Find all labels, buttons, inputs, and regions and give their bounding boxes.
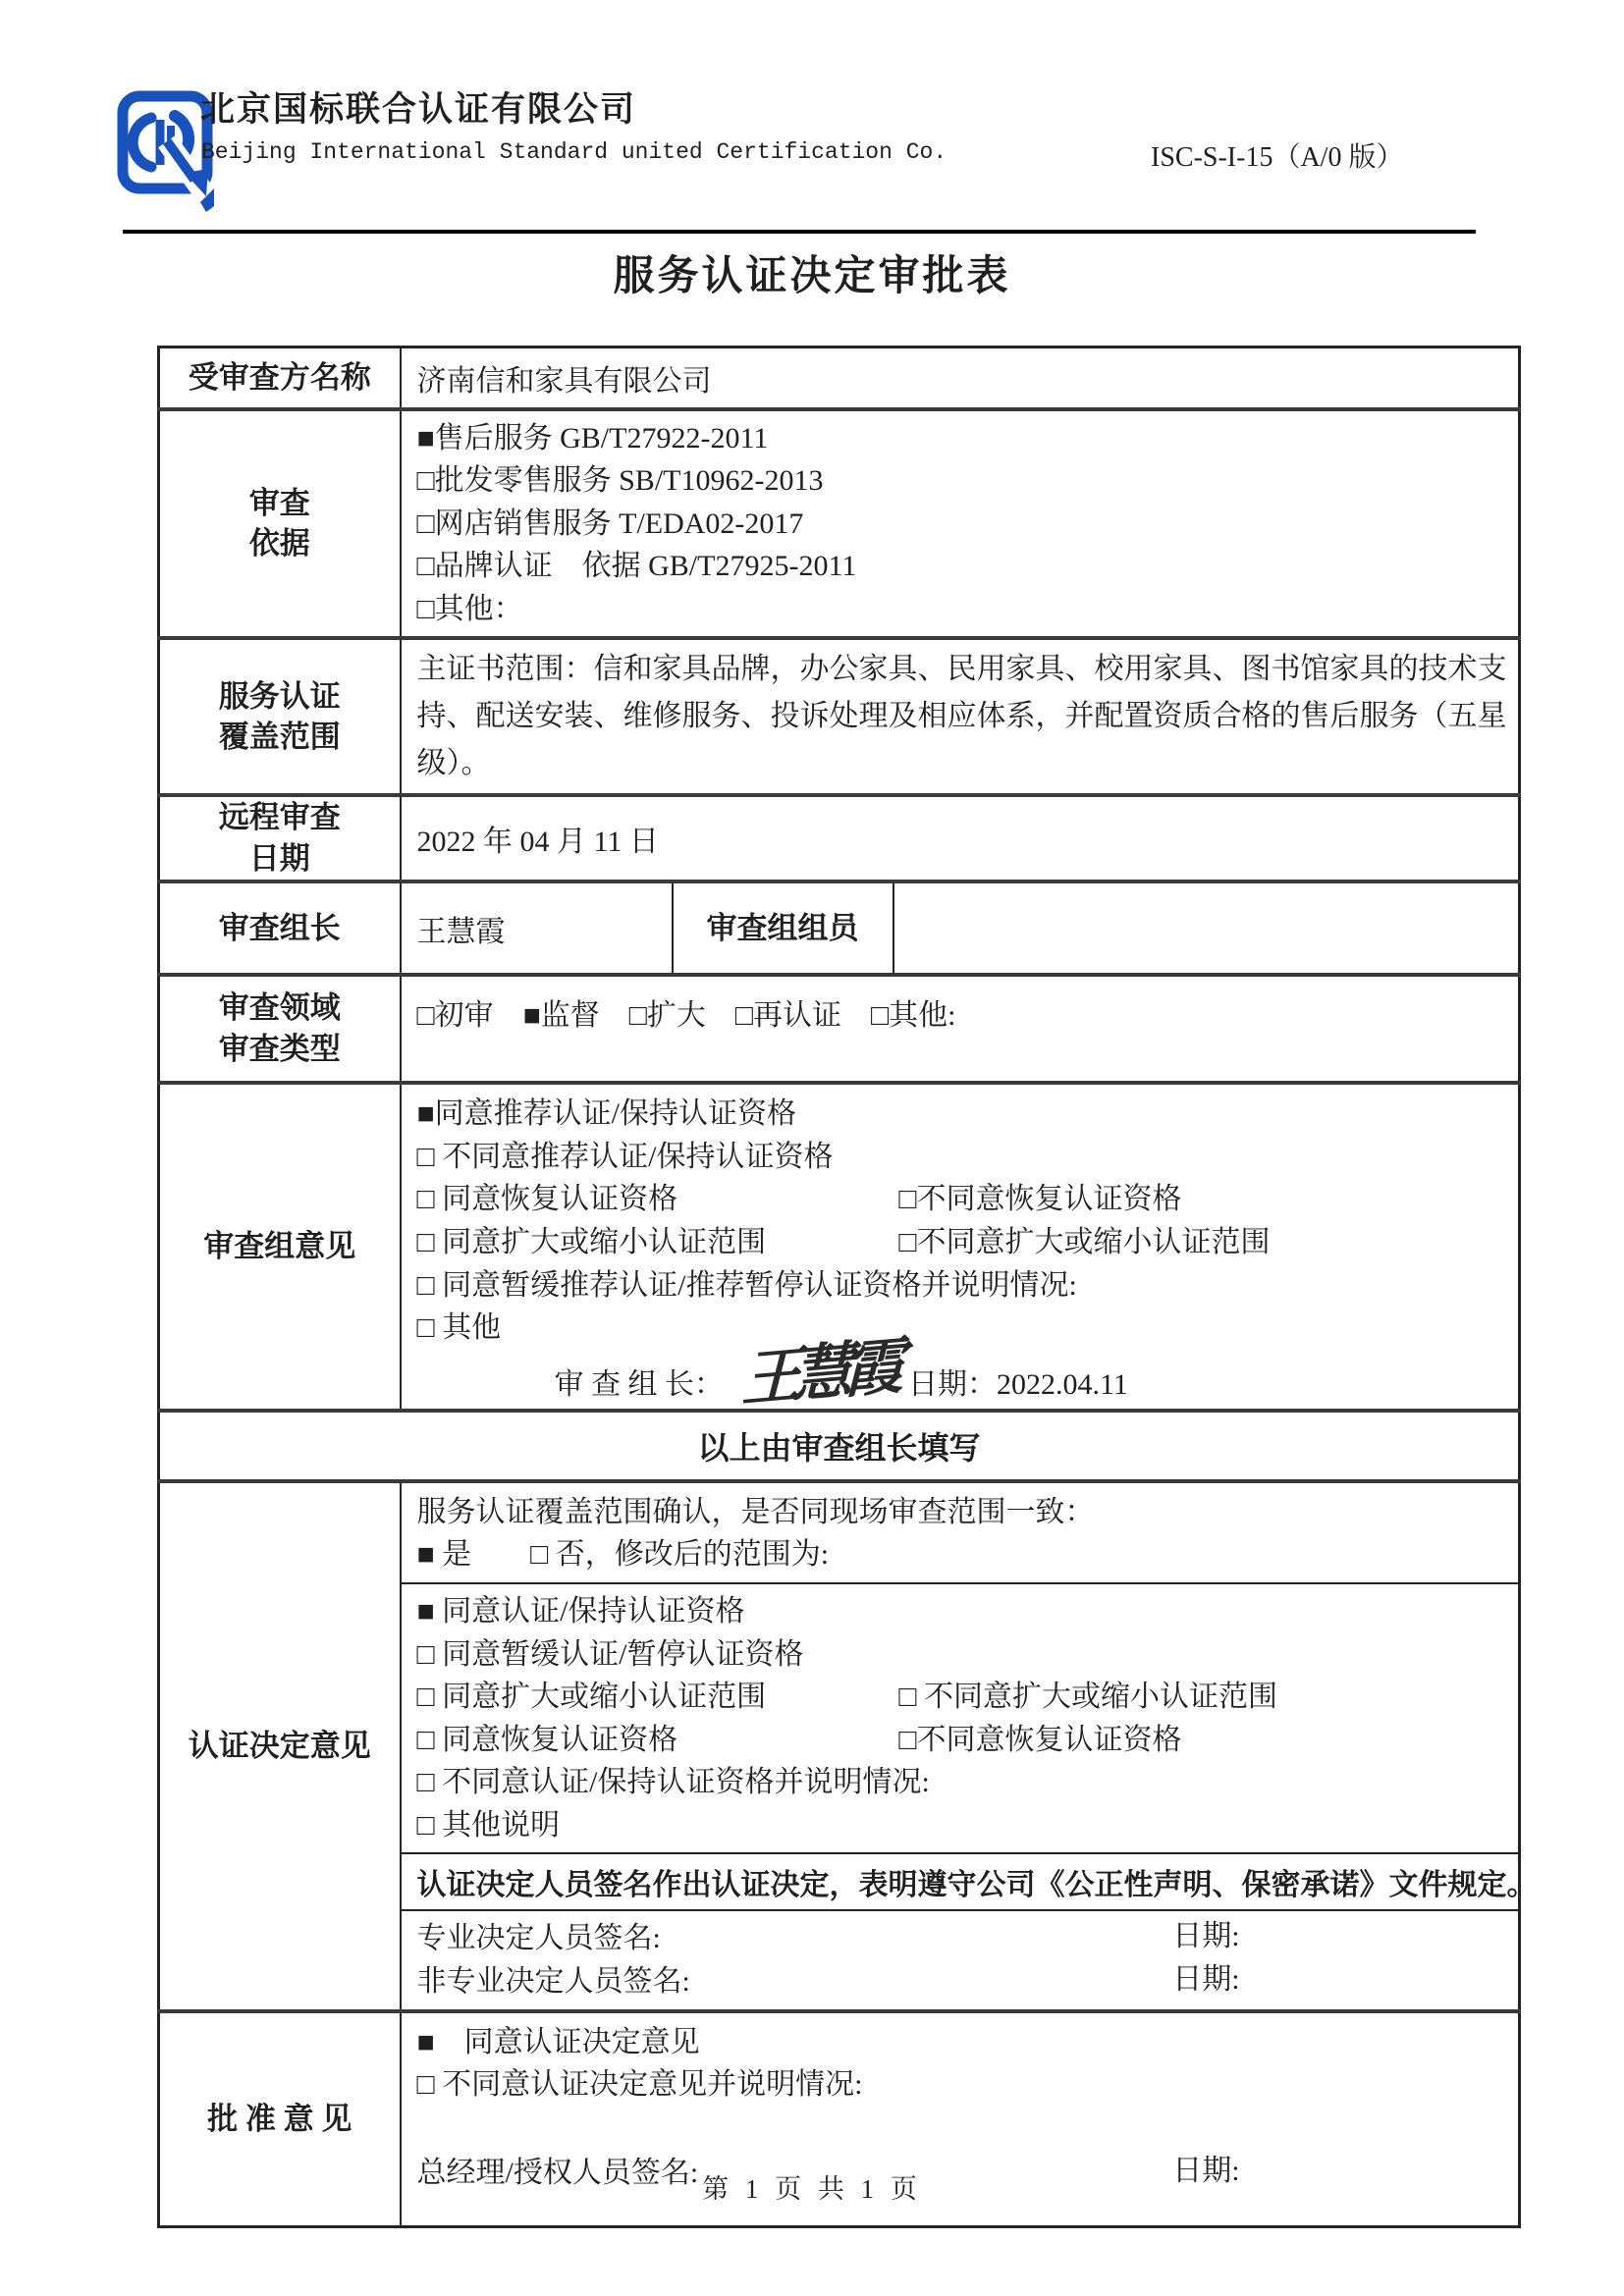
audit-type-label-line1: 审查领域 xyxy=(160,988,400,1029)
audit-basis-options: ■售后服务 GB/T27922-2011 □批发零售服务 SB/T10962-2… xyxy=(401,409,1520,639)
audit-type-label-line2: 审查类型 xyxy=(160,1029,400,1070)
decision-opt4: □ 同意恢复认证资格 □不同意恢复认证资格 xyxy=(417,1719,1513,1762)
pro-decision-sign-line: 专业决定人员签名: 日期: xyxy=(417,1917,1513,1960)
team-opinion-content: ■同意推荐认证/保持认证资格 □ 不同意推荐认证/保持认证资格 □ 同意恢复认证… xyxy=(401,1083,1520,1411)
header-divider xyxy=(123,230,1476,234)
audit-type-options: □初审 ■监督 □扩大 □再认证 □其他: xyxy=(401,975,1520,1083)
team-members-label: 审查组组员 xyxy=(673,881,893,975)
team-opinion-line6: □ 其他 xyxy=(417,1307,1513,1350)
decision-confirm-line2: ■ 是 □ 否，修改后的范围为: xyxy=(417,1533,1513,1576)
row-decision-confirm: 认证决定意见 服务认证覆盖范围确认，是否同现场审查范围一致： ■ 是 □ 否，修… xyxy=(159,1481,1520,1583)
pro-decision-sign-date: 日期: xyxy=(1172,1917,1239,1956)
decision-label: 认证决定意见 xyxy=(159,1481,401,2011)
approval-opt1: ■ 同意认证决定意见 xyxy=(417,2021,1513,2064)
remote-date-value: 2022 年 04 月 11 日 xyxy=(401,795,1520,881)
team-opinion-line3: □ 同意恢复认证资格 □不同意恢复认证资格 xyxy=(417,1178,1513,1221)
remote-date-label: 远程审查 日期 xyxy=(159,795,401,881)
scope-value: 主证书范围：信和家具品牌，办公家具、民用家具、校用家具、图书馆家具的技术支持、配… xyxy=(401,638,1520,795)
scope-label-line2: 覆盖范围 xyxy=(160,717,400,758)
team-leader-value: 王慧霞 xyxy=(401,881,673,975)
company-name-en: Beijing International Standard united Ce… xyxy=(201,139,947,165)
decision-opt5: □ 不同意认证/保持认证资格并说明情况: xyxy=(417,1761,1513,1804)
team-opinion-line2: □ 不同意推荐认证/保持认证资格 xyxy=(417,1136,1513,1179)
audit-basis-label: 审查 依据 xyxy=(159,409,401,639)
page-number: 第 1 页 共 1 页 xyxy=(0,2167,1624,2206)
decision-opt4-right: □不同意恢复认证资格 xyxy=(898,1721,1181,1760)
team-opinion-line1: ■同意推荐认证/保持认证资格 xyxy=(417,1093,1513,1136)
team-leader-signature: 王慧霞 xyxy=(741,1341,894,1410)
team-opinion-line3-left: □ 同意恢复认证资格 xyxy=(417,1180,899,1219)
decision-opt2: □ 同意暂缓认证/暂停认证资格 xyxy=(417,1633,1513,1677)
auditee-value: 济南信和家具有限公司 xyxy=(401,347,1520,409)
decision-confirm: 服务认证覆盖范围确认，是否同现场审查范围一致： ■ 是 □ 否，修改后的范围为: xyxy=(401,1481,1520,1583)
decision-opt1: ■ 同意认证/保持认证资格 xyxy=(417,1590,1513,1633)
company-name-cn: 北京国标联合认证有限公司 xyxy=(200,82,636,132)
team-opinion-line4: □ 同意扩大或缩小认证范围 □不同意扩大或缩小认证范围 xyxy=(417,1221,1513,1264)
scope-label: 服务认证 覆盖范围 xyxy=(159,638,401,795)
remote-date-label-line1: 远程审查 xyxy=(160,797,400,838)
row-scope: 服务认证 覆盖范围 主证书范围：信和家具品牌，办公家具、民用家具、校用家具、图书… xyxy=(159,638,1520,795)
team-leader-signature-line: 审 查 组 长： 王慧霞 日期：2022.04.11 xyxy=(417,1360,1513,1403)
row-auditee: 受审查方名称 济南信和家具有限公司 xyxy=(159,347,1520,409)
team-opinion-line4-left: □ 同意扩大或缩小认证范围 xyxy=(417,1223,899,1262)
approval-spacer xyxy=(417,2107,1513,2152)
team-leader-label: 审查组长 xyxy=(159,881,401,975)
team-opinion-label: 审查组意见 xyxy=(159,1083,401,1411)
row-audit-type: 审查领域 审查类型 □初审 ■监督 □扩大 □再认证 □其他: xyxy=(159,975,1520,1083)
auditee-label: 受审查方名称 xyxy=(159,347,401,409)
doc-code: ISC-S-I-15（A/0 版） xyxy=(1151,135,1403,175)
audit-type-label: 审查领域 审查类型 xyxy=(159,975,401,1083)
basis-option-brand: □品牌认证 依据 GB/T27925-2011 xyxy=(417,545,1513,588)
decision-opt6: □ 其他说明 xyxy=(417,1804,1513,1847)
team-opinion-line4-right: □不同意扩大或缩小认证范围 xyxy=(898,1223,1270,1262)
team-leader-sign-date: 日期：2022.04.11 xyxy=(908,1360,1128,1403)
audit-basis-label-line2: 依据 xyxy=(160,523,400,564)
decision-options: ■ 同意认证/保持认证资格 □ 同意暂缓认证/暂停认证资格 □ 同意扩大或缩小认… xyxy=(401,1583,1520,1854)
approval-form-table: 受审查方名称 济南信和家具有限公司 审查 依据 ■售后服务 GB/T27922-… xyxy=(157,346,1521,2228)
scope-label-line1: 服务认证 xyxy=(160,676,400,718)
company-logo-icon xyxy=(116,75,214,214)
basis-option-eshop: □网店销售服务 T/EDA02-2017 xyxy=(417,503,1513,546)
decision-opt3-left: □ 同意扩大或缩小认证范围 xyxy=(417,1678,899,1717)
nonpro-decision-sign-label: 非专业决定人员签名: xyxy=(417,1965,690,1998)
nonpro-decision-sign-date: 日期: xyxy=(1172,1960,1239,2000)
basis-option-aftersale: ■售后服务 GB/T27922-2011 xyxy=(417,417,1513,460)
middle-note: 以上由审查组长填写 xyxy=(159,1411,1520,1481)
pro-decision-sign-label: 专业决定人员签名: xyxy=(417,1922,661,1954)
approval-opt2: □ 不同意认证决定意见并说明情况: xyxy=(417,2063,1513,2107)
row-middle-note: 以上由审查组长填写 xyxy=(159,1411,1520,1481)
row-team-opinion: 审查组意见 ■同意推荐认证/保持认证资格 □ 不同意推荐认证/保持认证资格 □ … xyxy=(159,1083,1520,1411)
team-leader-sign-label: 审 查 组 长： xyxy=(555,1360,725,1403)
team-opinion-line5: □ 同意暂缓推荐认证/推荐暂停认证资格并说明情况: xyxy=(417,1264,1513,1308)
row-audit-basis: 审查 依据 ■售后服务 GB/T27922-2011 □批发零售服务 SB/T1… xyxy=(159,409,1520,639)
team-members-value xyxy=(893,881,1520,975)
decision-opt4-left: □ 同意恢复认证资格 xyxy=(417,1721,899,1760)
decision-opt3-right: □ 不同意扩大或缩小认证范围 xyxy=(898,1678,1277,1717)
page-title: 服务认证决定审批表 xyxy=(0,243,1624,302)
row-team: 审查组长 王慧霞 审查组组员 xyxy=(159,881,1520,975)
decision-opt3: □ 同意扩大或缩小认证范围 □ 不同意扩大或缩小认证范围 xyxy=(417,1676,1513,1719)
decision-statement: 认证决定人员签名作出认证决定，表明遵守公司《公正性声明、保密承诺》文件规定。 xyxy=(401,1853,1520,1910)
nonpro-decision-sign-line: 非专业决定人员签名: 日期: xyxy=(417,1960,1513,2003)
team-opinion-line3-right: □不同意恢复认证资格 xyxy=(898,1180,1181,1219)
decision-confirm-line1: 服务认证覆盖范围确认，是否同现场审查范围一致： xyxy=(417,1491,1513,1534)
basis-option-other: □其他： xyxy=(417,588,1513,631)
document-page: 北京国标联合认证有限公司 Beijing International Stand… xyxy=(0,0,1624,2296)
basis-option-wholesale: □批发零售服务 SB/T10962-2013 xyxy=(417,459,1513,503)
audit-basis-label-line1: 审查 xyxy=(160,483,400,524)
decision-signatures: 专业决定人员签名: 日期: 非专业决定人员签名: 日期: xyxy=(401,1910,1520,2010)
row-remote-date: 远程审查 日期 2022 年 04 月 11 日 xyxy=(159,795,1520,881)
remote-date-label-line2: 日期 xyxy=(160,838,400,880)
